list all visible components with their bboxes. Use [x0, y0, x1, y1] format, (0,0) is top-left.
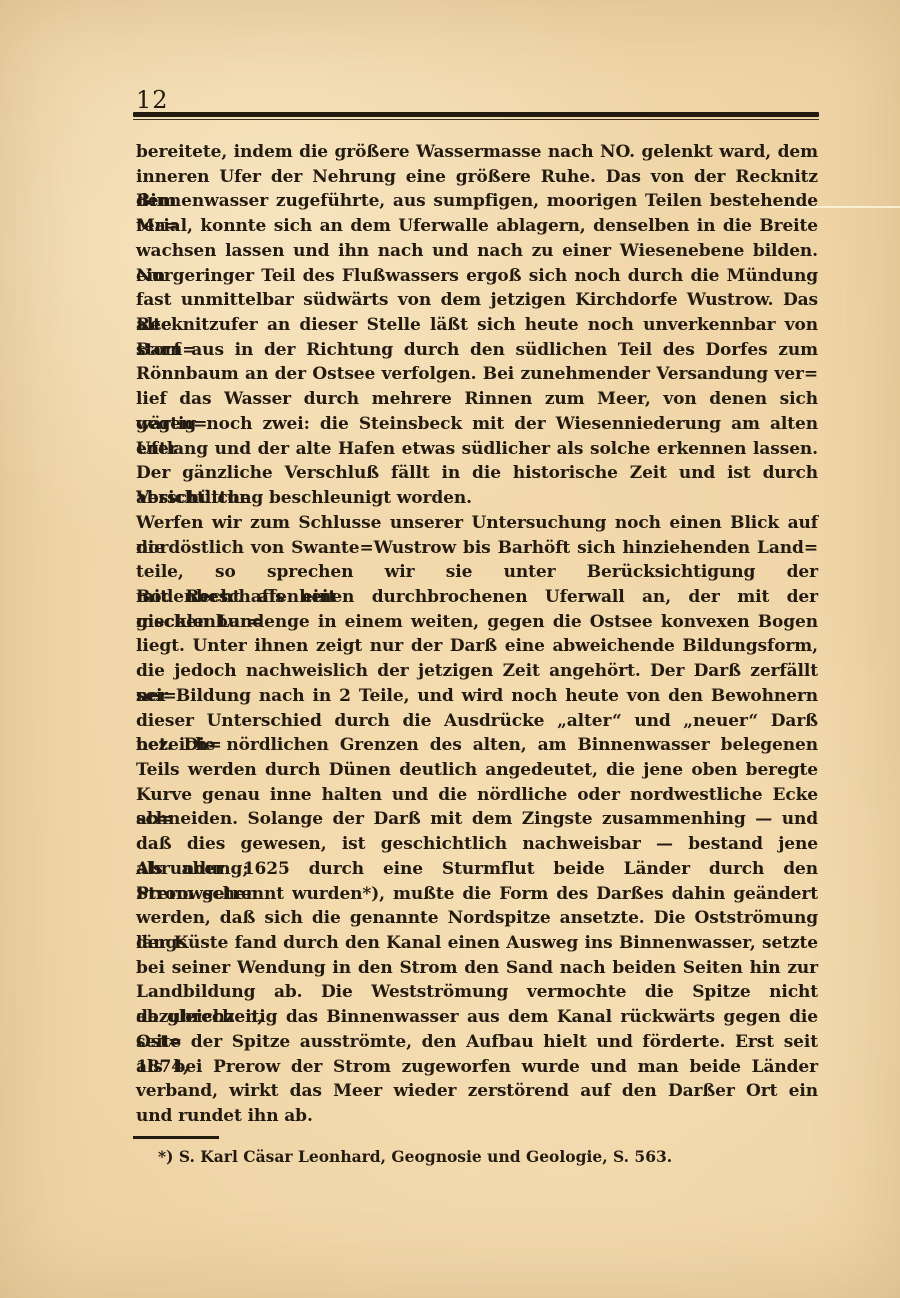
- text-line: storf aus in der Richtung durch den südl…: [136, 338, 818, 363]
- footnote-rule: [133, 1136, 219, 1139]
- text-line: Kurve genau inne halten und die nördlich…: [136, 783, 818, 808]
- text-line: daß dies gewesen, ist geschichtlich nach…: [136, 832, 818, 857]
- text-line: Der gänzliche Verschluß fällt in die his…: [136, 461, 818, 486]
- header-rule: [133, 112, 819, 120]
- text-line: als bei Prerow der Strom zugeworfen wurd…: [136, 1055, 818, 1080]
- text-line: wachsen lassen und ihn nach und nach zu …: [136, 239, 818, 264]
- body-text: bereitete, indem die größere Wassermasse…: [136, 140, 818, 1129]
- text-line: gischen Landenge in einem weiten, gegen …: [136, 610, 818, 635]
- text-line: teile, so sprechen wir sie unter Berücks…: [136, 560, 818, 585]
- text-line: Binnenwasser zugeführte, aus sumpfigen, …: [136, 189, 818, 214]
- text-line: ner Bildung nach in 2 Teile, und wird no…: [136, 684, 818, 709]
- text-line: inneren Ufer der Nehrung eine größere Ru…: [136, 165, 818, 190]
- text-line: bei seiner Wendung in den Strom den Sand…: [136, 956, 818, 981]
- header-rule-thick: [133, 112, 819, 117]
- text-line: und rundet ihn ab.: [136, 1104, 818, 1129]
- text-line: mit Recht als einen durchbrochenen Uferw…: [136, 585, 818, 610]
- text-line: Teils werden durch Dünen deutlich angede…: [136, 758, 818, 783]
- text-line: die jedoch nachweislich der jetzigen Zei…: [136, 659, 818, 684]
- text-line: dieser Unterschied durch die Ausdrücke „…: [136, 709, 818, 734]
- text-line: Verschüttung beschleunigt worden.: [136, 486, 818, 511]
- text-line: Strom getrennt wurden*), mußte die Form …: [136, 882, 818, 907]
- text-line: ein geringer Teil des Flußwassers ergoß …: [136, 264, 818, 289]
- text-line: net. Die nördlichen Grenzen des alten, a…: [136, 733, 818, 758]
- text-line: seite der Spitze ausströmte, den Aufbau …: [136, 1030, 818, 1055]
- text-line: wärtig noch zwei: die Steinsbeck mit der…: [136, 412, 818, 437]
- header-rule-thin: [133, 119, 819, 121]
- text-line: Landbildung ab. Die Westströmung vermoch…: [136, 980, 818, 1005]
- book-page-scan: 12 bereitete, indem die größere Wasserma…: [0, 0, 900, 1298]
- text-line: entlang und der alte Hafen etwas südlich…: [136, 437, 818, 462]
- text-line: lief das Wasser durch mehrere Rinnen zum…: [136, 387, 818, 412]
- page-number: 12: [136, 86, 169, 114]
- text-line: als aber 1625 durch eine Sturmflut beide…: [136, 857, 818, 882]
- text-line: verband, wirkt das Meer wieder zerstören…: [136, 1079, 818, 1104]
- text-line: Rönnbaum an der Ostsee verfolgen. Bei zu…: [136, 362, 818, 387]
- text-line: da gleichzeitig das Binnenwasser aus dem…: [136, 1005, 818, 1030]
- text-line: liegt. Unter ihnen zeigt nur der Darß ei…: [136, 634, 818, 659]
- text-line: werden, daß sich die genannte Nordspitze…: [136, 906, 818, 931]
- text-line: der Küste fand durch den Kanal einen Aus…: [136, 931, 818, 956]
- text-line: Recknitzufer an dieser Stelle läßt sich …: [136, 313, 818, 338]
- text-line: Werfen wir zum Schlusse unserer Untersuc…: [136, 511, 818, 536]
- text-line: bereitete, indem die größere Wassermasse…: [136, 140, 818, 165]
- text-line: fast unmittelbar südwärts von dem jetzig…: [136, 288, 818, 313]
- text-line: nordöstlich von Swante=Wustrow bis Barhö…: [136, 536, 818, 561]
- text-line: schneiden. Solange der Darß mit dem Zing…: [136, 807, 818, 832]
- text-line: terial, konnte sich an dem Uferwalle abl…: [136, 214, 818, 239]
- footnote: *) S. Karl Cäsar Leonhard, Geognosie und…: [158, 1146, 820, 1168]
